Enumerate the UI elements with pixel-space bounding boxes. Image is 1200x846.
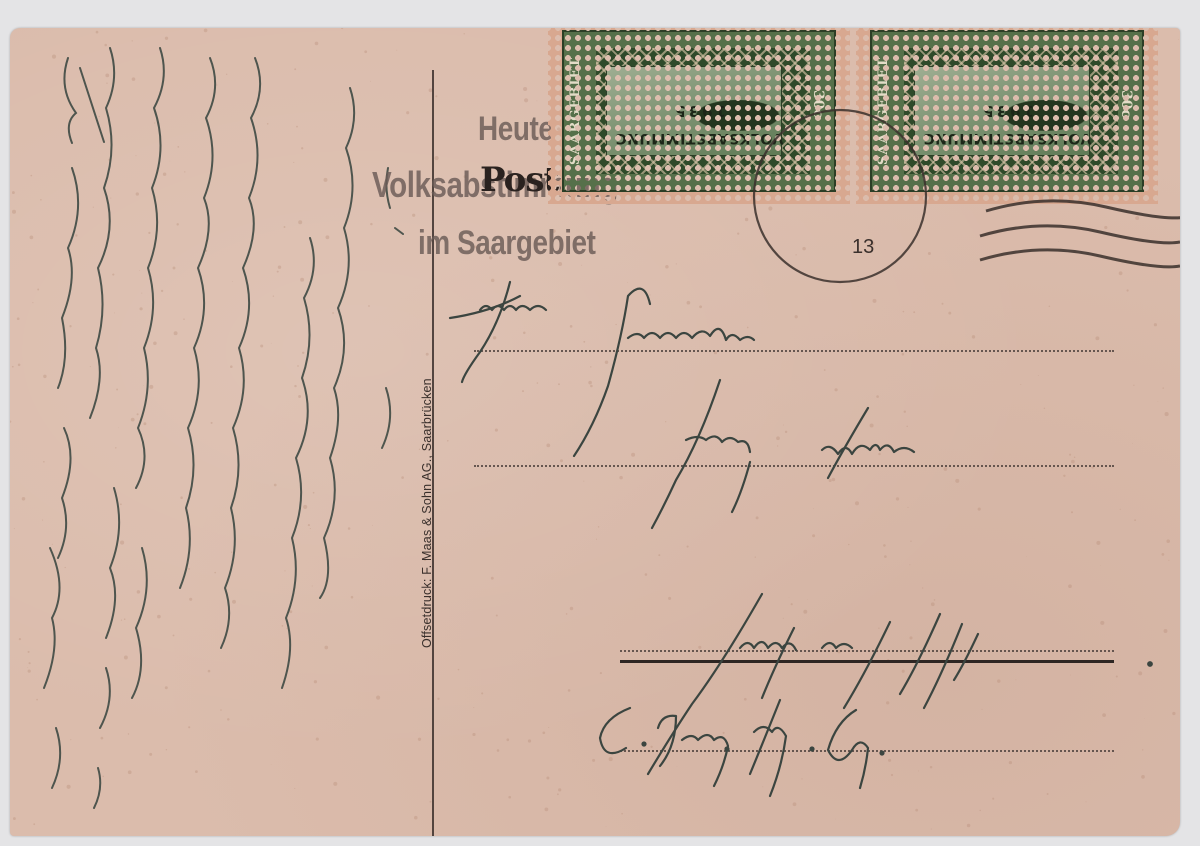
- postage-stamp-1: SAARGEBIET 30c 1935 VOLKSABSTIMMUNG: [548, 28, 850, 204]
- printer-imprint: Offsetdruck: F. Maas & Sohn AG., Saarbrü…: [420, 378, 434, 648]
- postmark-day: 13: [852, 236, 874, 259]
- address-line-3: [620, 650, 1114, 652]
- stamp-country: SAARGEBIET: [568, 42, 590, 180]
- address-underline-city: [620, 660, 1114, 663]
- stamp-overprint: VOLKSABSTIMMUNG: [912, 130, 1102, 146]
- postage-stamp-2: SAARGEBIET 30c 1935 VOLKSABSTIMMUNG: [856, 28, 1158, 204]
- stamp-value: 30c: [810, 90, 826, 118]
- address-line-1: [474, 350, 1114, 352]
- address-line-4: [620, 750, 1114, 752]
- printed-post-label: Post: [480, 160, 558, 200]
- stamp-overprint-year: 1935: [912, 102, 1102, 120]
- slogan-cancel-line1: Heute: [478, 110, 553, 149]
- stamp-overprint-year: 1935: [604, 102, 794, 120]
- stamp-overprint: VOLKSABSTIMMUNG: [604, 130, 794, 146]
- address-line-2: [474, 465, 1114, 467]
- slogan-cancel-line3: im Saargebiet: [418, 224, 596, 263]
- postcard: Offsetdruck: F. Maas & Sohn AG., Saarbrü…: [10, 28, 1180, 836]
- stamp-country: SAARGEBIET: [876, 42, 898, 180]
- stamp-value: 30c: [1118, 90, 1134, 118]
